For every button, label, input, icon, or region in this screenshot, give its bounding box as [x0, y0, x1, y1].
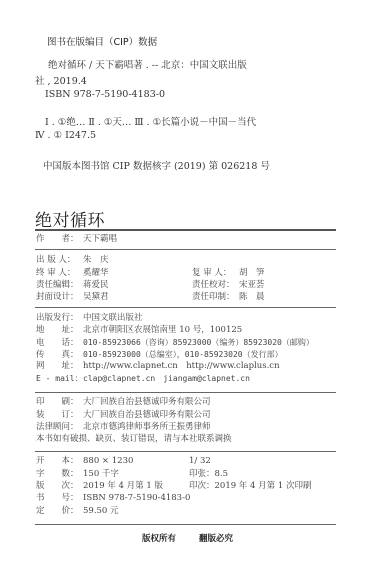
cip-classification-1: Ⅰ . ①绝… Ⅱ . ①天… Ⅲ . ①长篇小说－中国－当代 — [45, 114, 256, 128]
price-value: 59.50 元 — [83, 506, 119, 516]
address-label: 地 址： — [36, 325, 83, 336]
format-label: 开 本： — [36, 456, 83, 467]
printing-time-value: 2019 年 4 月第 1 次印刷 — [215, 481, 312, 491]
final-reviewer-label: 终 审 人： — [36, 268, 83, 279]
defect-notice: 本书如有破损、缺页、装订错误，请与本社联系调换 — [36, 434, 232, 445]
word-count-value: 150 千字 — [83, 469, 119, 479]
print-supervisor-value: 陈 晨 — [239, 292, 265, 302]
cip-line-1: 绝对循环 / 天下霸唱著 . -- 北京：中国文联出版 — [48, 57, 247, 71]
proofreader-value: 宋亚荟 — [239, 280, 265, 290]
website-row: 网 址：http://www.clapnet.cn http://www.cla… — [36, 361, 280, 372]
distributor-row: 出版发行：中国文联出版社 — [36, 313, 143, 324]
second-reviewer-row: 复 审 人：胡 笋 — [192, 268, 265, 279]
piracy-warning: 翻版必究 — [199, 534, 233, 544]
printing-time-row: 印次：2019 年 4 月第 1 次印刷 — [189, 481, 311, 492]
phone-value: 010-85923066（咨询）85923000（编务）85923020（邮购） — [83, 338, 314, 347]
copyright-footer: 版权所有 翻版必究 — [0, 532, 375, 544]
cover-designer-value: 吴黛君 — [83, 292, 109, 302]
email-value[interactable]: clap@clapnet.cn jiangam@clapnet.cn — [83, 374, 250, 383]
legal-row: 法律顾问：北京市德鸿律师事务所王振勇律师 — [36, 422, 211, 433]
format-row: 开 本：880 × 1230 — [36, 456, 133, 467]
price-row: 定 价：59.50 元 — [36, 506, 119, 517]
second-reviewer-value: 胡 笋 — [239, 268, 265, 278]
cip-classification-2: Ⅳ . ① I247.5 — [35, 130, 96, 141]
publisher-value: 朱 庆 — [83, 255, 109, 265]
phone-row: 电 话：010-85923066（咨询）85923000（编务）85923020… — [36, 337, 314, 349]
final-reviewer-row: 终 审 人：奚耀华 — [36, 268, 109, 279]
divider — [35, 392, 336, 393]
legal-value: 北京市德鸿律师事务所王振勇律师 — [83, 422, 211, 432]
printer-label: 印 刷： — [36, 397, 83, 408]
divider — [35, 524, 336, 525]
fax-row: 传 真：010-85923000（总编室），010-85923020（发行部） — [36, 349, 283, 361]
isbn-value: ISBN 978-7-5190-4183-0 — [83, 493, 190, 503]
cip-line-2: 社 , 2019.4 — [35, 73, 87, 87]
price-label: 定 价： — [36, 506, 83, 517]
cip-isbn: ISBN 978-7-5190-4183-0 — [45, 89, 165, 100]
editor-label: 责任编辑： — [36, 280, 83, 291]
phone-label: 电 话： — [36, 338, 83, 349]
book-title: 绝对循环 — [35, 206, 105, 231]
publisher-label: 出 版 人： — [36, 255, 83, 266]
divider — [35, 307, 336, 308]
address-row: 地 址：北京市朝阳区农展馆南里 10 号，100125 — [36, 325, 242, 336]
distributor-value: 中国文联出版社 — [83, 313, 143, 323]
format-value: 880 × 1230 — [83, 456, 133, 466]
email-label: E - mail： — [36, 373, 83, 384]
binder-label: 装 订： — [36, 410, 83, 421]
printer-value: 大厂回族自治县德诚印务有限公司 — [83, 397, 211, 407]
website-label: 网 址： — [36, 361, 83, 372]
printer-row: 印 刷：大厂回族自治县德诚印务有限公司 — [36, 397, 211, 408]
cip-heading: 图书在版编目（CIP）数据 — [47, 34, 157, 48]
divider — [35, 249, 336, 250]
publisher-row: 出 版 人：朱 庆 — [36, 255, 109, 266]
author-label: 作 者： — [36, 234, 83, 245]
word-count-label: 字 数： — [36, 469, 83, 480]
website-value[interactable]: http://www.clapnet.cn http://www.claplus… — [83, 361, 280, 371]
proofreader-label: 责任校对： — [192, 280, 239, 291]
final-reviewer-value: 奚耀华 — [83, 268, 109, 278]
print-supervisor-label: 责任印制： — [192, 292, 239, 303]
distributor-label: 出版发行： — [36, 313, 83, 324]
email-row: E - mail：clap@clapnet.cn jiangam@clapnet… — [36, 373, 250, 385]
sheets-row: 印张：8.5 — [189, 469, 228, 480]
author-value: 天下霸唱 — [83, 234, 117, 244]
isbn-label: 书 号： — [36, 493, 83, 504]
edition-row: 版 次：2019 年 4 月第 1 版 — [36, 481, 163, 492]
fax-value: 010-85923000（总编室），010-85923020（发行部） — [83, 350, 283, 359]
second-reviewer-label: 复 审 人： — [192, 268, 239, 279]
editor-value: 蒋爱民 — [83, 280, 109, 290]
rights-reserved: 版权所有 — [142, 534, 176, 544]
proofreader-row: 责任校对：宋亚荟 — [192, 280, 265, 291]
cover-designer-label: 封面设计： — [36, 292, 83, 303]
isbn-row: 书 号：ISBN 978-7-5190-4183-0 — [36, 493, 190, 504]
divider — [35, 451, 336, 452]
format-fraction: 1/ 32 — [189, 456, 211, 467]
sheets-label: 印张： — [189, 469, 215, 479]
sheets-value: 8.5 — [215, 469, 229, 479]
edition-label: 版 次： — [36, 481, 83, 492]
cover-designer-row: 封面设计：吴黛君 — [36, 292, 109, 303]
word-count-row: 字 数：150 千字 — [36, 469, 119, 480]
editor-row: 责任编辑：蒋爱民 — [36, 280, 109, 291]
edition-value: 2019 年 4 月第 1 版 — [83, 481, 163, 491]
fax-label: 传 真： — [36, 350, 83, 361]
binder-value: 大厂回族自治县德诚印务有限公司 — [83, 410, 211, 420]
legal-label: 法律顾问： — [36, 422, 83, 433]
cip-cataloging-number: 中国版本图书馆 CIP 数据核字 (2019) 第 026218 号 — [43, 158, 270, 172]
printing-time-label: 印次： — [189, 481, 215, 491]
address-value: 北京市朝阳区农展馆南里 10 号，100125 — [83, 325, 242, 335]
author-row: 作 者：天下霸唱 — [36, 234, 117, 245]
divider — [35, 229, 336, 231]
print-supervisor-row: 责任印制：陈 晨 — [192, 292, 265, 303]
binder-row: 装 订：大厂回族自治县德诚印务有限公司 — [36, 410, 211, 421]
